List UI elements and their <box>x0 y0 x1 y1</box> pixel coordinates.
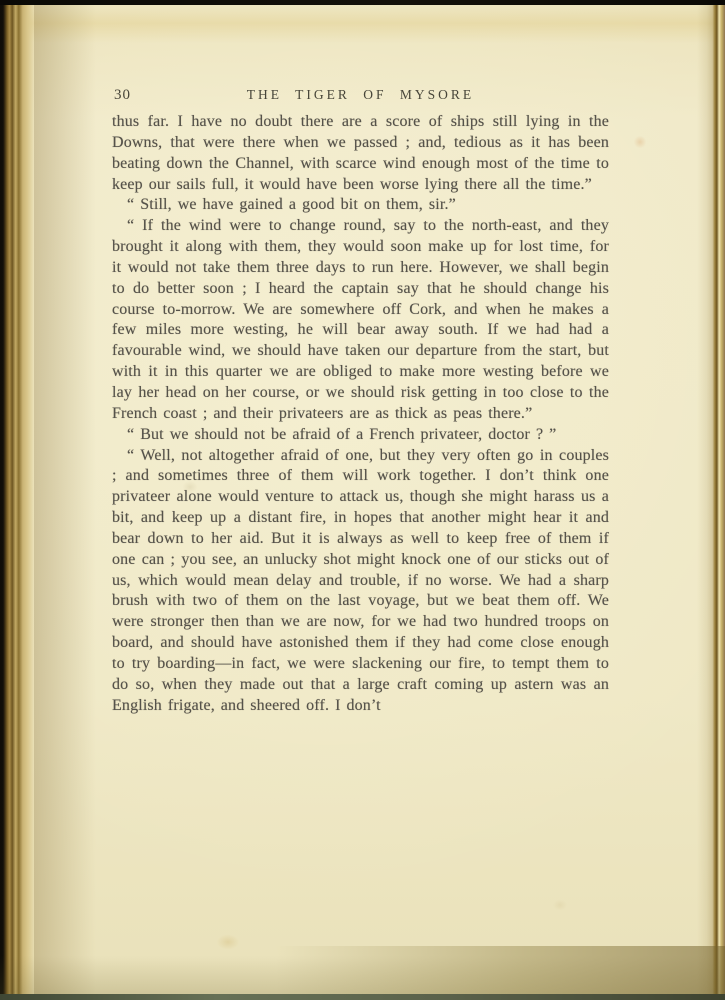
page-right-edge <box>697 0 725 1000</box>
page-number: 30 <box>114 86 131 104</box>
page-top-discoloration <box>0 7 725 43</box>
binding-gutter-page-edges <box>0 0 34 1000</box>
running-title: THE TIGER OF MYSORE <box>112 86 609 104</box>
page-surface: 30 THE TIGER OF MYSORE thus far. I have … <box>0 0 725 1000</box>
photo-top-border <box>0 0 725 5</box>
paragraph-dialogue: “ If the wind were to change round, say … <box>112 216 609 424</box>
running-head: 30 THE TIGER OF MYSORE <box>112 86 609 106</box>
binding-gutter-shadow <box>34 0 96 1000</box>
page-bottom-edge <box>0 994 725 1000</box>
paragraph-dialogue: “ Still, we have gained a good bit on th… <box>112 195 609 216</box>
body-text: thus far. I have no doubt there are a sc… <box>112 112 609 716</box>
book-scan: 30 THE TIGER OF MYSORE thus far. I have … <box>0 0 725 1000</box>
paragraph-dialogue: “ Well, not altogether afraid of one, bu… <box>112 446 609 717</box>
page-bottom-curl-shadow <box>0 946 725 994</box>
paragraph-dialogue: “ But we should not be afraid of a Frenc… <box>112 425 609 446</box>
paragraph-continuation: thus far. I have no doubt there are a sc… <box>112 112 609 195</box>
